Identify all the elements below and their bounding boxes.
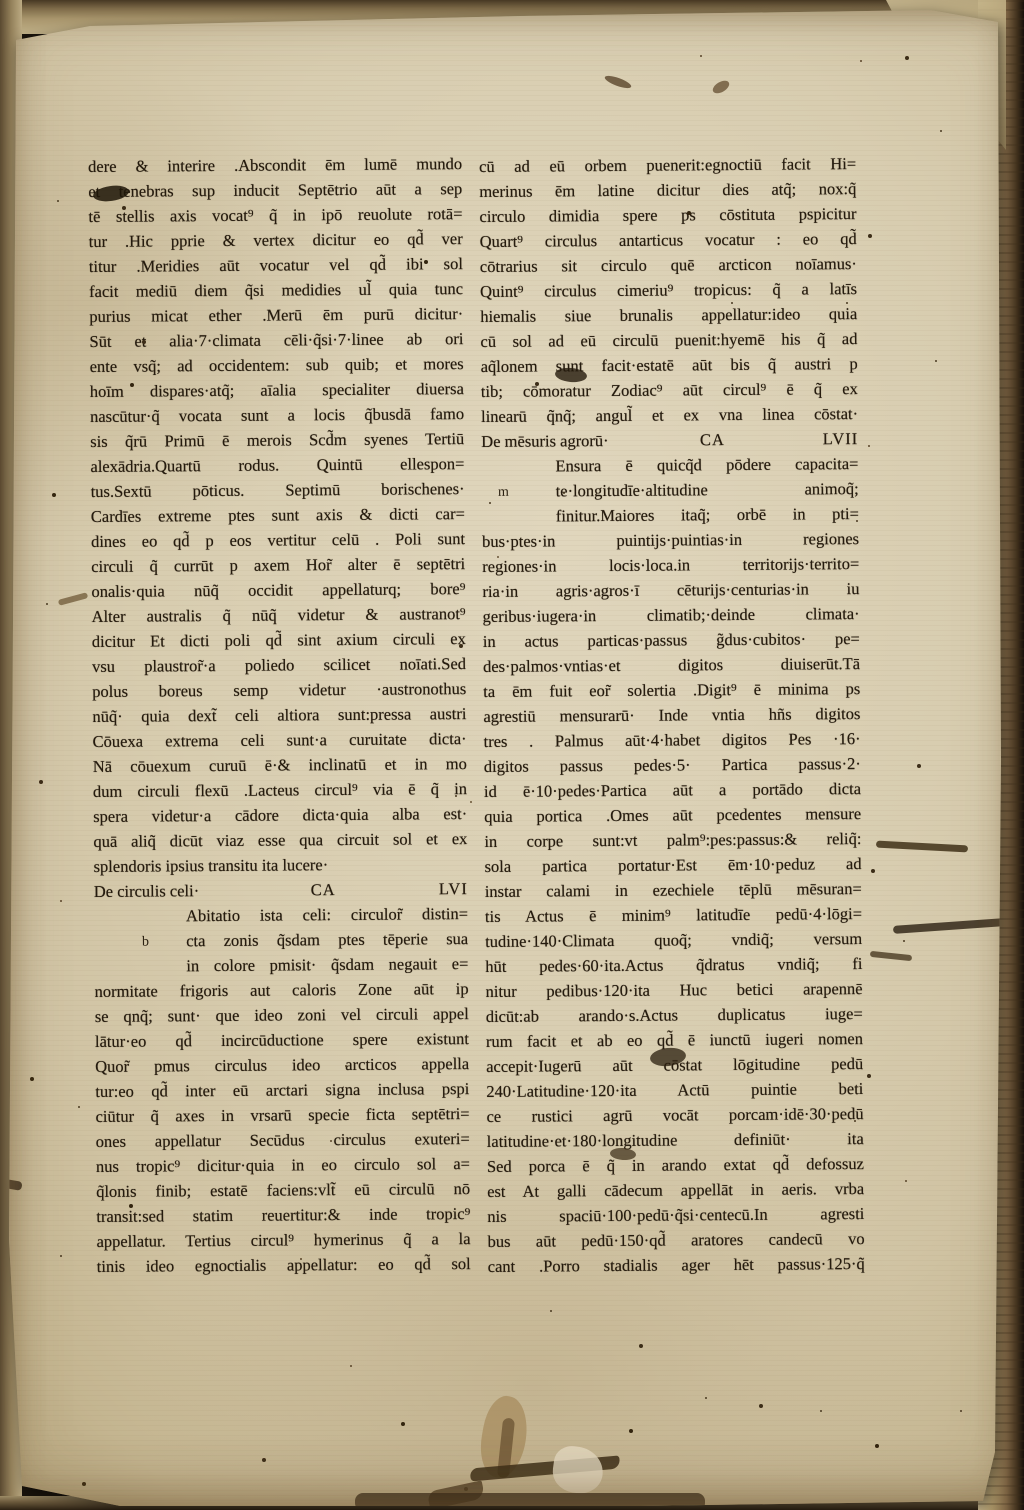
text-line: quā aliq̃ dicūt viaz esse qua circuit so…	[93, 826, 467, 854]
initial-space: m	[482, 478, 556, 499]
margin-streak	[876, 841, 968, 853]
text-line: ce rustici agrū vocāt porcam·idē·30·pedū	[486, 1101, 863, 1129]
text-line: instar calami in ezechiele tēplū mēsuran…	[485, 876, 862, 904]
text-line: tinis ideo egnoctialis appellatur: eo qd…	[97, 1251, 471, 1279]
initial-space: b	[94, 928, 186, 949]
text-line: onalis·quia nūq̃ occidit appellaturq; bo…	[91, 576, 465, 604]
text-line: spera videtur·a cādore dicta·quia alba e…	[93, 801, 467, 829]
text-line: ones appellatur Secūdus circulus exuteri…	[96, 1126, 470, 1154]
text-line: Cōuexa extrema celi sunt·a curuitate dic…	[93, 726, 467, 754]
text-line: mte·longitudīe·altitudine animoq̃;	[482, 476, 859, 504]
bottom-stain-blob	[475, 1393, 533, 1481]
text-line: circulo dimidia spere ps cōstituta pspic…	[479, 201, 856, 229]
text-line: tib; cōmoratur Zodiac⁹ aūt circul⁹ ē q̃ …	[481, 376, 858, 404]
initial-space	[94, 953, 186, 974]
stain	[603, 73, 632, 90]
text-line: linearū q̃nq̃; angul̃ et ex vna linea cō…	[481, 401, 858, 429]
guide-letter: m	[498, 480, 509, 505]
pale-patch	[550, 1444, 606, 1497]
text-line: nūq̃· quia dext̃ celi altiora sunt:press…	[92, 701, 466, 729]
text-line: aq̃lonem sunt facit·estatē aūt bis q̃ au…	[481, 351, 858, 379]
bottom-stain-squiggle	[470, 1455, 621, 1481]
chapter-title: De circulis celi·	[94, 877, 311, 904]
chapter-number: LVI	[439, 876, 468, 901]
bottom-stain-wing	[427, 1480, 486, 1509]
text-line: dicūt:ab arando·s.Actus duplicatus iuge=	[486, 1001, 863, 1029]
text-line: q̃lonis finib; estatē faciens:vlt̃ eū ci…	[96, 1176, 470, 1204]
text-line: Alter australis q̃ nūq̃ videtur & austra…	[92, 601, 466, 629]
text-line: des·palmos·vntias·et digitos diuiserūt.T…	[483, 651, 860, 679]
text-line: nis spaciū·100·pedū·q̃si·centecū.In agre…	[487, 1201, 864, 1229]
text-line: dines eo qd̃ p eos vertitur celū . Poli …	[91, 526, 465, 554]
text-line: splendoris ipsius transitu ita lucere·	[93, 851, 467, 879]
text-line: tres . Palmus aūt·4·habet digitos Pes ·1…	[484, 726, 861, 754]
text-line: tē stellis axis vocat⁹ q̃ in ipō reuolut…	[88, 201, 462, 229]
initial-space	[94, 903, 186, 924]
bottom-stain-drip	[497, 1418, 515, 1479]
text-line: normitate frigoris aut caloris Zone aūt …	[94, 976, 468, 1004]
text-line: cū sol ad eū circulū puenit:hyemē his q̃…	[480, 326, 857, 354]
text-line: quia portica .Omes aūt pcedentes mensure	[484, 801, 861, 829]
leaf-shadow: dere & interire .Abscondit ēm lumē mundo…	[0, 0, 1024, 1510]
stain	[649, 1046, 687, 1068]
stain	[58, 592, 89, 606]
text-line: digitos passus pedes·5· Partica passus·2…	[484, 751, 861, 779]
text-line: Cardīes extreme ptes sunt axis & dicti c…	[91, 501, 465, 529]
text-column-left: dere & interire .Abscondit ēm lumē mundo…	[88, 151, 471, 1279]
text-line: bcta zonis q̃sdam ptes tēperie sua	[94, 926, 468, 954]
chapter-label: CA	[311, 876, 439, 902]
text-line: hiemalis siue brunalis appellatur:ideo q…	[480, 301, 857, 329]
text-line: id ē·10·pedes·Partica aūt a portādo dict…	[484, 776, 861, 804]
text-line: hoīm dispares·atq̃; aīalia specialiter d…	[90, 376, 464, 404]
text-line: cū ad eū orbem puenerit:egnoctiū facit H…	[479, 151, 856, 179]
text-line: polus boreus semp videtur ·austronothus	[92, 676, 466, 704]
text-line: ria·in agris·agros·ī cēturijs·centurias·…	[482, 576, 859, 604]
margin-streak	[893, 918, 1005, 934]
text-line: 240·Latitudine·120·ita Actū puintie beti	[486, 1076, 863, 1104]
text-column-right: cū ad eū orbem puenerit:egnoctiū facit H…	[479, 151, 865, 1279]
stain	[610, 1147, 637, 1161]
text-line: nascūtur·q̃ vocata sunt a locis q̃busdā …	[90, 401, 464, 429]
initial-space	[482, 503, 556, 524]
text-line: ciūtur q̃ axes in vrsarū specie ficta se…	[95, 1101, 469, 1129]
text-line: tur .Hic pprie & vertex dicitur eo qd̃ v…	[89, 226, 463, 254]
text-line: dicitur Et dicti poli qd̃ sint axium cir…	[92, 626, 466, 654]
text-line: merinus ēm latine dicitur dies atq̃; nox…	[479, 176, 856, 204]
text-line: dere & interire .Abscondit ēm lumē mundo	[88, 151, 462, 179]
text-line: nus tropic⁹ dicitur·quia in eo circulo s…	[96, 1151, 470, 1179]
text-line: tus.Sextū pōticus. Septimū borischenes·	[91, 476, 465, 504]
initial-space	[481, 453, 555, 474]
text-line: lātur·eo qd̃ incircūductione spere exist…	[95, 1026, 469, 1054]
text-line: vsu plaustror̃·a poliedo scilicet noīati…	[92, 651, 466, 679]
text-line: dum circuli flexū .Lacteus circul⁹ via ē…	[93, 776, 467, 804]
text-line: rum facit et ab eo qd̃ ē iunctū iugeri n…	[486, 1026, 863, 1054]
text-line: geribus·iugera·in climatib;·deinde clima…	[483, 601, 860, 629]
text-line: transit:sed statim reuertitur:& inde tro…	[96, 1201, 470, 1229]
chapter-label: CA	[700, 426, 823, 452]
worm-holes	[0, 0, 2, 2]
bottom-edge-smear	[355, 1493, 705, 1510]
text-line: bus·ptes·in puintijs·puintias·in regione…	[482, 526, 859, 554]
text-line: hūt pedes·60·ita.Actus q̃dratus vndiq̃; …	[485, 951, 862, 979]
chapter-heading: De mēsuris agrorū·CALVII	[481, 426, 858, 454]
chapter-number: LVII	[823, 426, 859, 451]
text-line: Ensura ē quicq̃d pōdere capacita=	[481, 451, 858, 479]
text-line: Sūt et alia·7·climata cēli·q̃si·7·linee …	[89, 326, 463, 354]
text-line: tis Actus ē minim⁹ latitudīe pedū·4·lōgi…	[485, 901, 862, 929]
text-line: alexādria.Quartū rodus. Quintū ellespon=	[90, 451, 464, 479]
text-line: Quor̃ pmus circulus ideo arcticos appell…	[95, 1051, 469, 1079]
text-line: Quart⁹ circulus antarticus vocatur : eo …	[480, 226, 857, 254]
text-line: nitur pedibus·120·ita Huc betici arapenn…	[485, 976, 862, 1004]
text-line: Nā cōuexum curuū ē·& inclinatū et in mo	[93, 751, 467, 779]
text-line: appellatur. Tertius circul⁹ hymerinus q̃…	[96, 1226, 470, 1254]
text-line: accepit·Iugerū aūt cōstat lōgitudine ped…	[486, 1051, 863, 1079]
left-margin-mark	[0, 1178, 23, 1191]
text-line: in corpe sunt:vt palm⁹:pes:passus:& reli…	[484, 826, 861, 854]
text-line: cant .Porro stadialis ager hēt passus·12…	[488, 1251, 865, 1279]
text-line: est At galli cādecum appellāt in aeris. …	[487, 1176, 864, 1204]
stain	[554, 367, 587, 384]
book-photo: dere & interire .Abscondit ēm lumē mundo…	[0, 0, 1024, 1510]
text-line: bus aūt pedū·150·qd̃ aratores candecū vo	[487, 1226, 864, 1254]
stain	[711, 78, 732, 96]
text-line: sis q̃rū Primū ē merois Scd̃m syenes Ter…	[90, 426, 464, 454]
text-line: Quint⁹ circulus cimeriu⁹ tropicus: q̃ a …	[480, 276, 857, 304]
text-line: regiones·in locis·loca.in territorijs·te…	[482, 551, 859, 579]
text-line: purius micat ether .Merū ēm purū dicitur…	[89, 301, 463, 329]
text-line: ente vsq̃; ad occidentem: sub quib; et m…	[90, 351, 464, 379]
text-line: latitudine·et·180·longitudine definiūt· …	[487, 1126, 864, 1154]
text-line: tur:eo qd̃ inter eū arctari signa inclus…	[95, 1076, 469, 1104]
text-line: agrestiū mensurarū· Inde vntia hñs digit…	[483, 701, 860, 729]
text-line: finitur.Maiores itaq̃; orbē in pti=	[482, 501, 859, 529]
chapter-title: De mēsuris agrorū·	[481, 427, 700, 454]
text-line: et tenebras sup inducit Septētrio aūt a …	[88, 176, 462, 204]
ink-blot	[92, 184, 130, 204]
text-line: in actus particas·passus g̃dus·cubitos· …	[483, 626, 860, 654]
text-line: se qnq̃; sunt· que ideo zoni vel circuli…	[95, 1001, 469, 1029]
page: dere & interire .Abscondit ēm lumē mundo…	[0, 0, 1024, 1510]
chapter-heading: De circulis celi·CALVI	[94, 876, 468, 904]
text-line: titur .Meridies aūt vocatur vel qd̃ ibi …	[89, 251, 463, 279]
text-line: in colore pmisit· q̃sdam negauit e=	[94, 951, 468, 979]
text-line: cōtrarius sit circulo quē arcticon noīam…	[480, 251, 857, 279]
text-line: Abitatio ista celi: circulor̃ distin=	[94, 901, 468, 929]
margin-streak	[870, 951, 912, 961]
text-line: Sed porca ē q̃ in arando extat qd̃ defos…	[487, 1151, 864, 1179]
guide-letter: b	[142, 930, 149, 955]
text-line: ta ēm fuit eor̃ solertia .Digit⁹ ē minim…	[483, 676, 860, 704]
text-line: facit mediū diem q̃si medidies ul̃ quia …	[89, 276, 463, 304]
text-line: sola partica portatur·Est ēm·10·peduz ad	[484, 851, 861, 879]
text-line: tudine·140·Climata quoq̃; vndiq̃; versum	[485, 926, 862, 954]
text-line: circuli q̃ currūt p axem Hor̃ alter ē se…	[91, 551, 465, 579]
